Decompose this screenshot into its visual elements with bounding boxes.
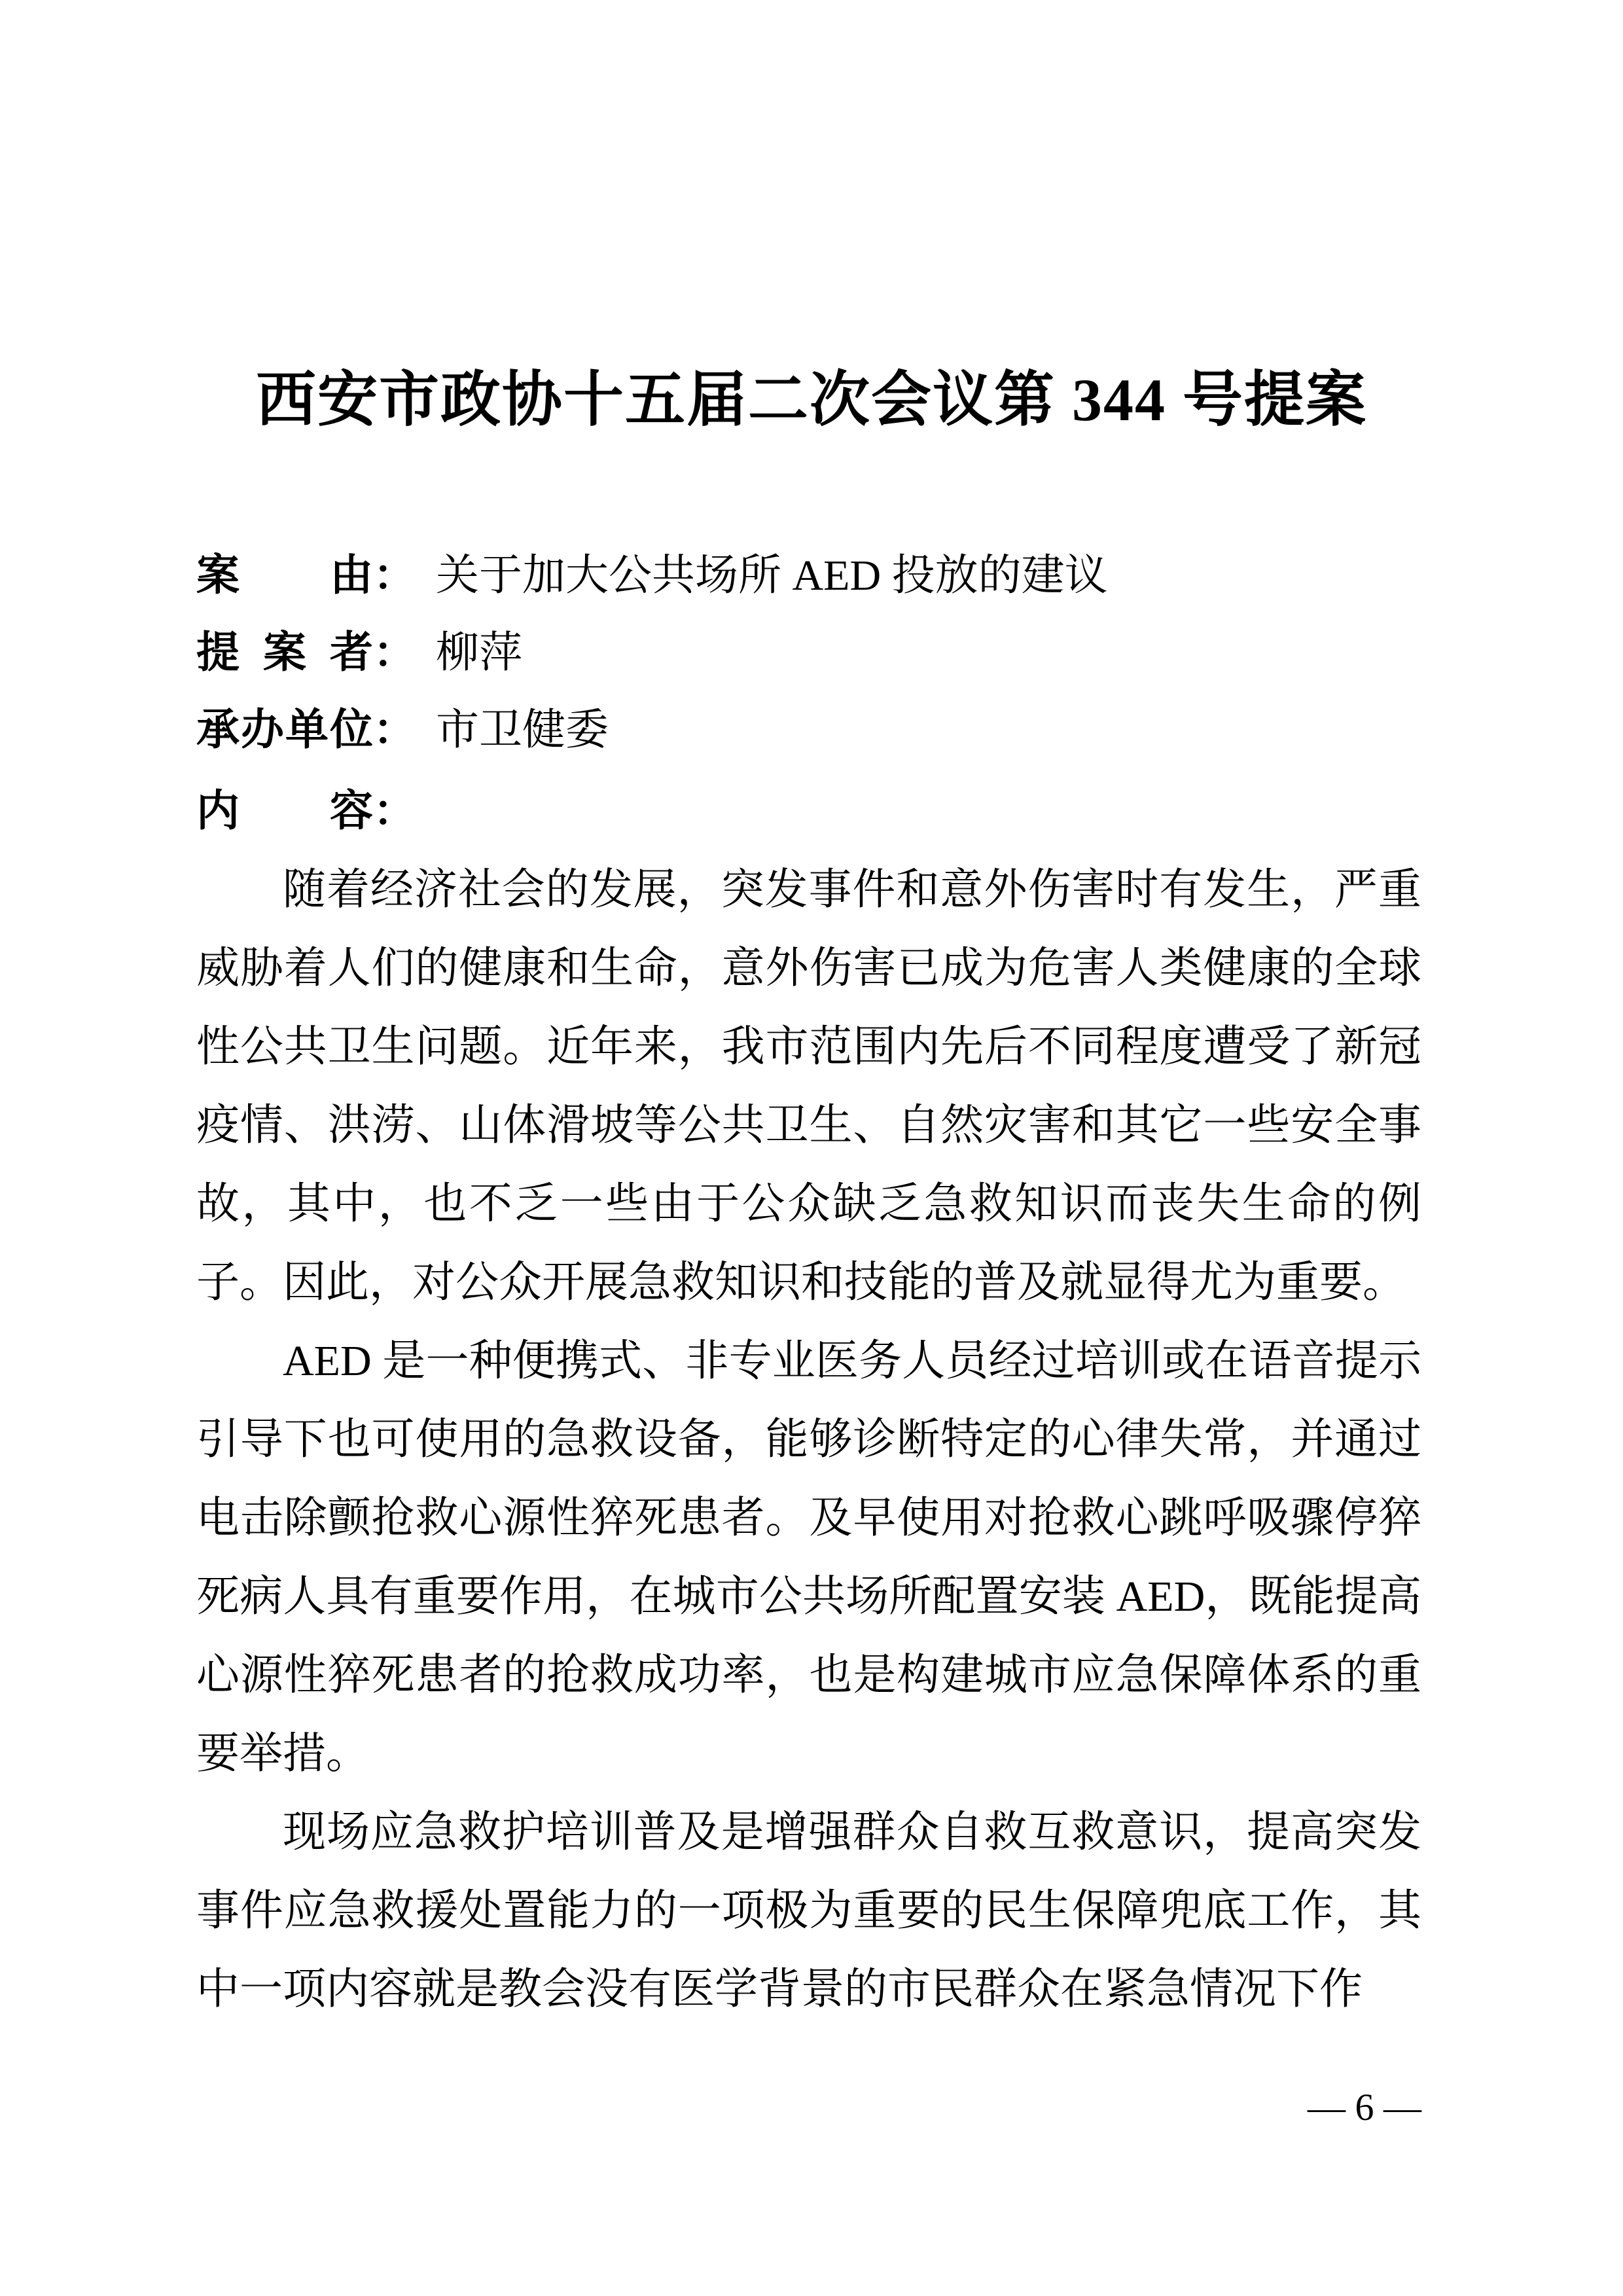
paragraph-1: 随着经济社会的发展，突发事件和意外伤害时有发生，严重威胁着人们的健康和生命，意外… [196,851,1421,1322]
undertaker-label: 承办单位 [196,702,373,757]
meta-row-content: 内容： [196,783,416,850]
case-value: 关于加大公共场所 AED 投放的建议 [436,552,1108,600]
meta-row-proposer: 提案者：柳萍 [196,624,522,692]
paragraph-2: AED 是一种便携式、非专业医务人员经过培训或在语音提示引导下也可使用的急救设备… [196,1322,1421,1793]
proposer-label: 提案者 [196,624,373,679]
meta-row-undertaker: 承办单位：市卫健委 [196,702,609,769]
undertaker-colon: ： [373,705,416,753]
case-label: 案由 [196,547,373,602]
proposer-value: 柳萍 [436,629,522,677]
page-title: 西安市政协十五届二次会议第 344 号提案 [0,364,1623,436]
meta-row-case: 案由：关于加大公共场所 AED 投放的建议 [196,547,1108,615]
case-colon: ： [373,550,416,599]
content-colon: ： [373,786,416,834]
content-label: 内容 [196,783,373,838]
content-section: 随着经济社会的发展，突发事件和意外伤害时有发生，严重威胁着人们的健康和生命，意外… [196,851,1421,2029]
proposer-colon: ： [373,628,416,676]
undertaker-value: 市卫健委 [436,706,609,754]
paragraph-3: 现场应急救护培训普及是增强群众自救互救意识，提高突发事件应急救援处置能力的一项极… [196,1793,1421,2029]
document-page: 西安市政协十五届二次会议第 344 号提案 案由：关于加大公共场所 AED 投放… [0,0,1623,2296]
page-number: — 6 — [1308,2087,1421,2128]
